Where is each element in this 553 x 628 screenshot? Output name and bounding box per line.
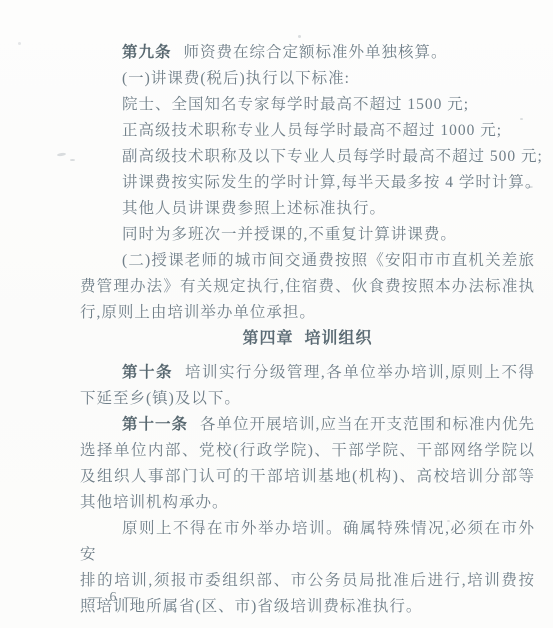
article-10-label: 第十条 <box>122 364 173 381</box>
article-10-opening-line: 第十条培训实行分级管理,各单位举办培训,原则上不得 <box>80 360 535 386</box>
article-11-label: 第十一条 <box>122 416 188 433</box>
document-line: 选择单位内部、党校(行政学院)、干部学院、干部网络学院以 <box>80 438 535 464</box>
scan-speck <box>18 42 21 45</box>
article-11-text: 各单位开展培训,应当在开支范围和标准内优先 <box>200 416 535 433</box>
document-line: 院士、全国知名专家每学时最高不超过 1500 元; <box>80 92 535 118</box>
article-11-opening-line: 第十一条各单位开展培训,应当在开支范围和标准内优先 <box>80 412 535 438</box>
document-line: (一)讲课费(税后)执行以下标准: <box>80 66 535 92</box>
document-line: 排的培训,须报市委组织部、市公务员局批准后进行,培训费按 <box>80 568 535 594</box>
article-9-label: 第九条 <box>122 44 172 61</box>
article-9-text: 师资费在综合定额标准外单独核算。 <box>184 44 448 61</box>
document-body: 第九条师资费在综合定额标准外单独核算。 (一)讲课费(税后)执行以下标准: 院士… <box>80 40 535 620</box>
article-10-text: 培训实行分级管理,各单位举办培训,原则上不得 <box>185 364 535 381</box>
document-line: 费管理办法》有关规定执行,住宿费、伙食费按照本办法标准执 <box>80 274 535 300</box>
document-line: 照培训地所属省(区、市)省级培训费标准执行。 <box>80 594 535 620</box>
document-line: 其他人员讲课费参照上述标准执行。 <box>80 196 535 222</box>
scan-speck <box>57 152 66 156</box>
document-line: 讲课费按实际发生的学时计算,每半天最多按 4 学时计算。 <box>80 170 535 196</box>
chapter-number: 第四章 <box>242 326 293 352</box>
scan-speck <box>70 159 75 161</box>
document-line: 同时为多班次一并授课的,不重复计算讲课费。 <box>80 222 535 248</box>
document-line: 正高级技术职称专业人员每学时最高不超过 1000 元; <box>80 118 535 144</box>
document-line: 副高级技术职称及以下专业人员每学时最高不超过 500 元; <box>80 144 535 170</box>
page-number: — 6 — <box>88 590 140 606</box>
document-line: 原则上不得在市外举办培训。确属特殊情况,必须在市外安 <box>80 516 535 568</box>
scan-speck <box>298 35 301 38</box>
document-line: 及组织人事部门认可的干部培训基地(机构)、高校培训分部等 <box>80 464 535 490</box>
article-9-opening-line: 第九条师资费在综合定额标准外单独核算。 <box>80 40 535 66</box>
document-line: (二)授课老师的城市间交通费按照《安阳市市直机关差旅 <box>80 248 535 274</box>
scanned-document-page: 第九条师资费在综合定额标准外单独核算。 (一)讲课费(税后)执行以下标准: 院士… <box>0 0 553 628</box>
chapter-heading: 第四章培训组织 <box>80 326 535 352</box>
document-line: 行,原则上由培训举办单位承担。 <box>80 300 535 326</box>
document-line: 下延至乡(镇)及以下。 <box>80 386 535 412</box>
document-line: 其他培训机构承办。 <box>80 490 535 516</box>
chapter-title: 培训组织 <box>305 326 373 352</box>
